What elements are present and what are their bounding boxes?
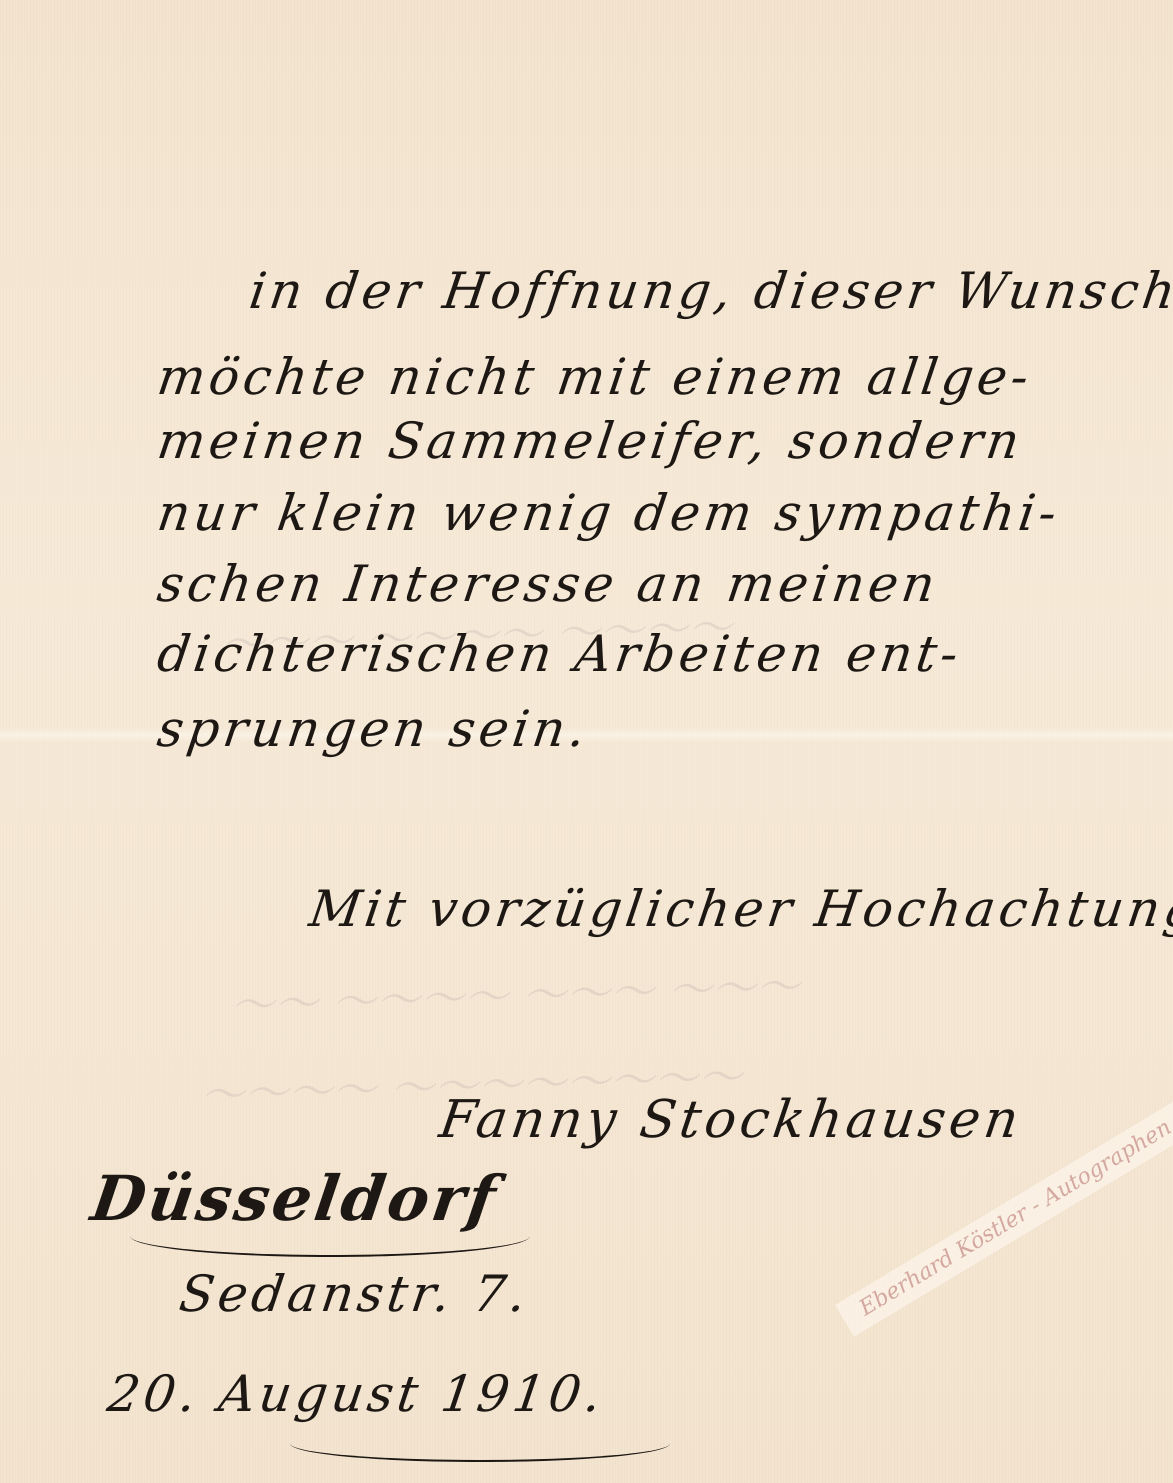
letter-closing: Mit vorzüglicher Hochachtung (306, 880, 1173, 938)
letter-date: 20. August 1910. (104, 1365, 609, 1423)
street-address: Sedanstr. 7. (176, 1265, 534, 1323)
signature: Fanny Stockhausen (436, 1090, 1026, 1150)
letter-line: schen Interesse an meinen (154, 555, 943, 613)
letter-line: möchte nicht mit einem allge- (154, 348, 1036, 406)
letter-line: dichterischen Arbeiten ent- (154, 625, 966, 683)
letter-line: in der Hoffnung, dieser Wunsch (246, 262, 1173, 320)
place-underline-flourish (130, 1215, 530, 1257)
letter-line: sprungen sein. (154, 700, 593, 758)
letter-line: meinen Sammeleifer, sondern (154, 412, 1027, 470)
date-underline-flourish (290, 1425, 670, 1462)
letter-line: nur klein wenig dem sympathi- (154, 484, 1064, 542)
